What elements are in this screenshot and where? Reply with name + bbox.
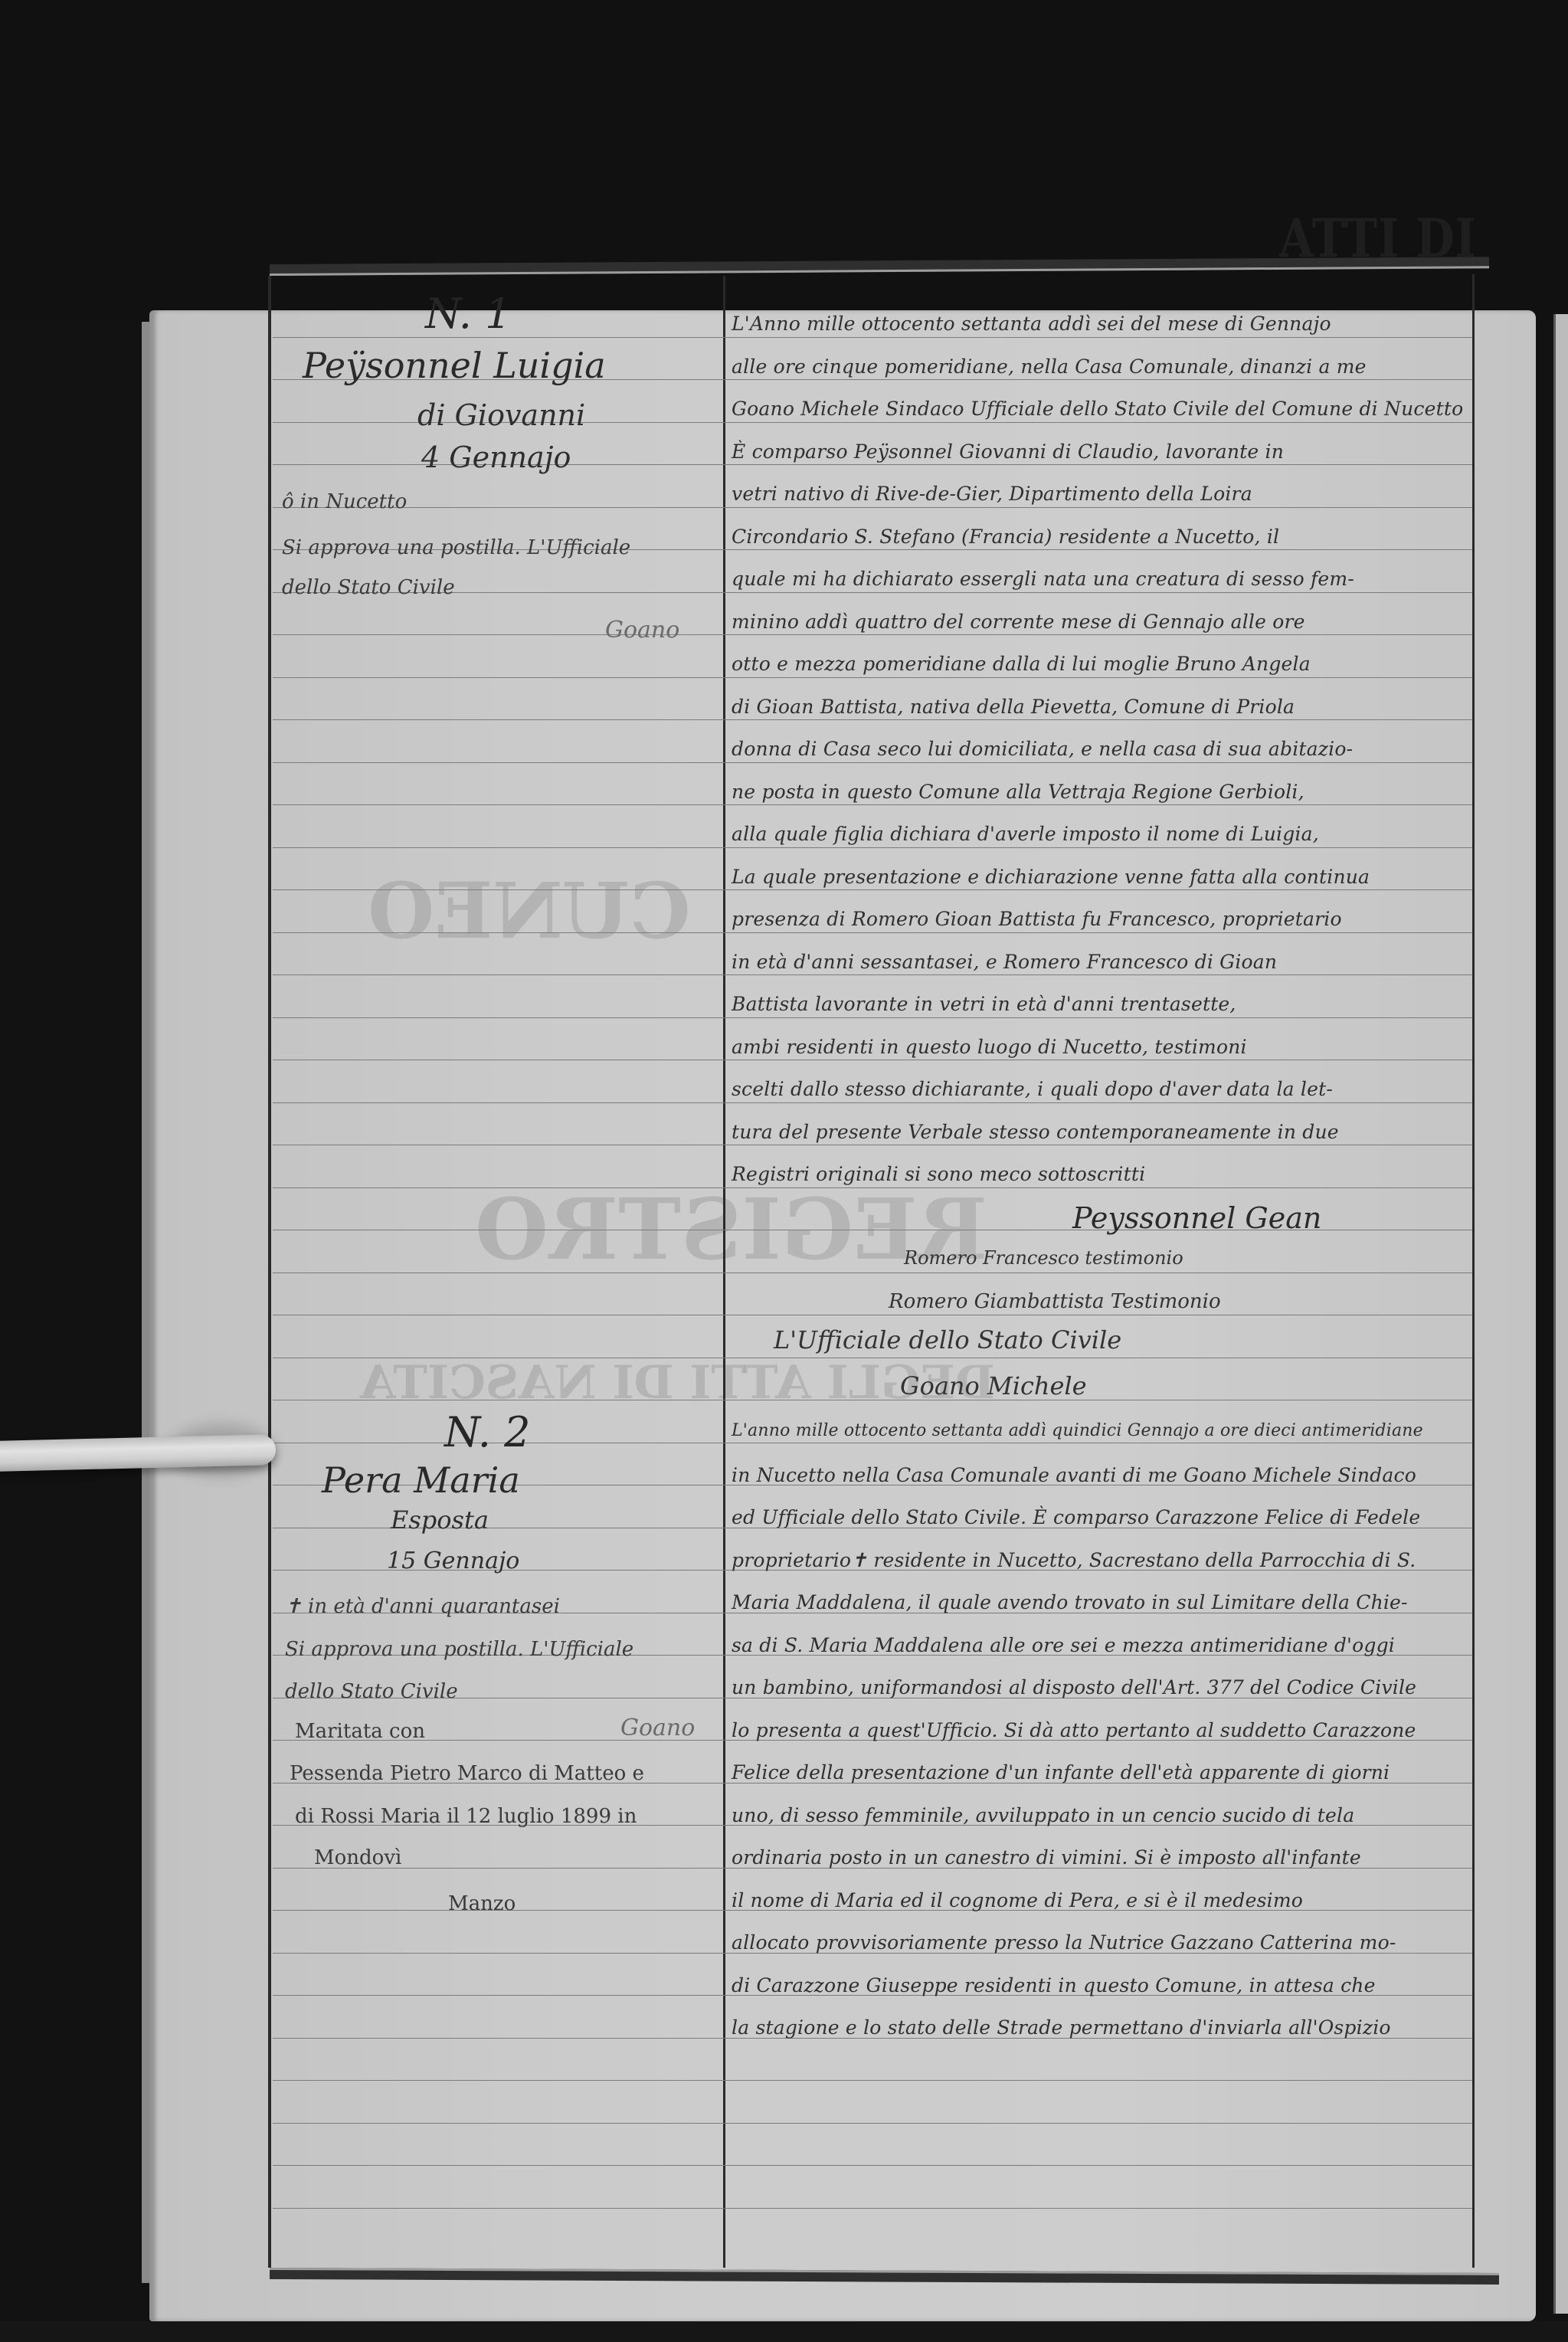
entry-1-body-line: ambi residenti in questo luogo di Nucett…: [732, 1036, 1247, 1058]
entry-2-name: Pera Maria: [322, 1459, 520, 1501]
bleed-through-province: CUNEO: [368, 866, 691, 956]
entry-2-body-line: sa di S. Maria Maddalena alle ore sei e …: [732, 1634, 1395, 1656]
entry-1-body-line: vetri nativo di Rive-de-Gier, Dipartimen…: [732, 483, 1252, 505]
table-right-border: [1472, 274, 1475, 2268]
officer-title: L'Ufficiale dello Stato Civile: [774, 1325, 1121, 1354]
entry-2-body-line: il nome di Maria ed il cognome di Pera, …: [732, 1889, 1303, 1911]
entry-1-body-line: scelti dallo stesso dichiarante, i quali…: [732, 1078, 1333, 1100]
entry-1-officer-signature: Goano: [605, 617, 679, 644]
entry-1-body-line: tura del presente Verbale stesso contemp…: [732, 1121, 1339, 1143]
entry-2-body-line: la stagione e lo stato delle Strade perm…: [732, 2016, 1391, 2039]
entry-1-body-line: È comparso Peÿsonnel Giovanni di Claudio…: [732, 441, 1284, 463]
entry-1-name: Peÿsonnel Luigia: [303, 345, 606, 386]
entry-1-body-line: otto e mezza pomeridiane dalla di lui mo…: [732, 653, 1311, 675]
entry-1-body-line: di Gioan Battista, nativa della Pievetta…: [732, 696, 1295, 718]
entry-1-body-line: presenza di Romero Gioan Battista fu Fra…: [732, 908, 1342, 930]
witness-signature: Romero Francesco testimonio: [904, 1247, 1183, 1269]
entry-2-body-line: allocato provvisoriamente presso la Nutr…: [732, 1931, 1396, 1954]
adjacent-page-edge: [1553, 314, 1568, 2314]
entry-1-body-line: Circondario S. Stefano (Francia) residen…: [732, 526, 1279, 548]
entry-1-body-line: Registri originali si sono meco sottoscr…: [732, 1163, 1145, 1185]
entry-1-parent: di Giovanni: [417, 398, 585, 432]
entry-2-parent: Esposta: [391, 1505, 489, 1535]
entry-2-body-line: ed Ufficiale dello Stato Civile. È compa…: [732, 1506, 1420, 1528]
entry-2-body-line: di Carazzone Giuseppe residenti in quest…: [732, 1974, 1376, 1996]
entry-1-note: ô in Nucetto: [282, 490, 407, 513]
marriage-annotation: di Rossi Maria il 12 luglio 1899 in: [295, 1805, 637, 1828]
officer-signature: Goano Michele: [900, 1371, 1087, 1400]
entry-1-body-line: La quale presentazione e dichiarazione v…: [732, 866, 1370, 888]
entry-1-body-line: alla quale figlia dichiara d'averle impo…: [732, 823, 1319, 845]
entry-1-body-line: ne posta in questo Comune alla Vettraja …: [732, 781, 1304, 803]
marriage-annotation: Mondovì: [314, 1846, 401, 1869]
entry-1-body-line: donna di Casa seco lui domiciliata, e ne…: [732, 738, 1353, 760]
entry-2-body-line: proprietario✝ residente in Nucetto, Sacr…: [732, 1549, 1416, 1571]
annotation-signature: Manzo: [448, 1892, 516, 1915]
entry-2-body-line: lo presenta a quest'Ufficio. Si dà atto …: [732, 1719, 1416, 1741]
marriage-annotation: Maritata con: [295, 1720, 425, 1743]
entry-2-body-line: uno, di sesso femminile, avviluppato in …: [732, 1804, 1354, 1826]
entry-1-date: 4 Gennajo: [421, 441, 571, 474]
entry-1-body-line: L'Anno mille ottocento settanta addì sei…: [732, 313, 1331, 335]
entry-2-body-line: ordinaria posto in un canestro di vimini…: [732, 1846, 1361, 1869]
declarant-signature: Peyssonnel Gean: [1072, 1201, 1321, 1235]
entry-2-note: Si approva una postilla. L'Ufficiale: [285, 1638, 633, 1661]
entry-1-body-line: Battista lavorante in vetri in età d'ann…: [732, 993, 1236, 1015]
entry-2-body-line: Maria Maddalena, il quale avendo trovato…: [732, 1591, 1408, 1613]
entry-2-body-line: in Nucetto nella Casa Comunale avanti di…: [732, 1464, 1416, 1486]
dark-background: [0, 0, 1568, 322]
entry-1-note: Si approva una postilla. L'Ufficiale: [282, 536, 630, 559]
entry-1-body-line: Goano Michele Sindaco Ufficiale dello St…: [732, 398, 1463, 420]
dark-background-bottom: [0, 2321, 1568, 2342]
witness-signature: Romero Giambattista Testimonio: [889, 1290, 1221, 1313]
table-left-border: [268, 276, 271, 2268]
column-divider: [723, 276, 725, 2268]
entry-2-body-line: Felice della presentazione d'un infante …: [732, 1761, 1390, 1784]
entry-1-body-line: in età d'anni sessantasei, e Romero Fran…: [732, 951, 1277, 973]
entry-2-body-line: L'anno mille ottocento settanta addì qui…: [732, 1421, 1423, 1440]
marriage-annotation: Pessenda Pietro Marco di Matteo e: [290, 1762, 644, 1785]
entry-2-body-line: un bambino, uniformandosi al disposto de…: [732, 1676, 1416, 1698]
entry-1-body-line: quale mi ha dichiarato essergli nata una…: [732, 568, 1354, 590]
entry-1-body-line: minino addì quattro del corrente mese di…: [732, 611, 1305, 633]
entry-1-body-line: alle ore cinque pomeridiane, nella Casa …: [732, 355, 1367, 378]
entry-2-note: dello Stato Civile: [285, 1680, 458, 1703]
entry-2-date: 15 Gennajo: [387, 1548, 519, 1574]
entry-2-officer-signature: Goano: [620, 1715, 695, 1741]
entry-1-number: N. 1: [425, 290, 511, 338]
entry-2-note: ✝ in età d'anni quarantasei: [285, 1595, 560, 1618]
entry-2-number: N. 2: [444, 1408, 530, 1456]
entry-1-note: dello Stato Civile: [282, 576, 455, 599]
